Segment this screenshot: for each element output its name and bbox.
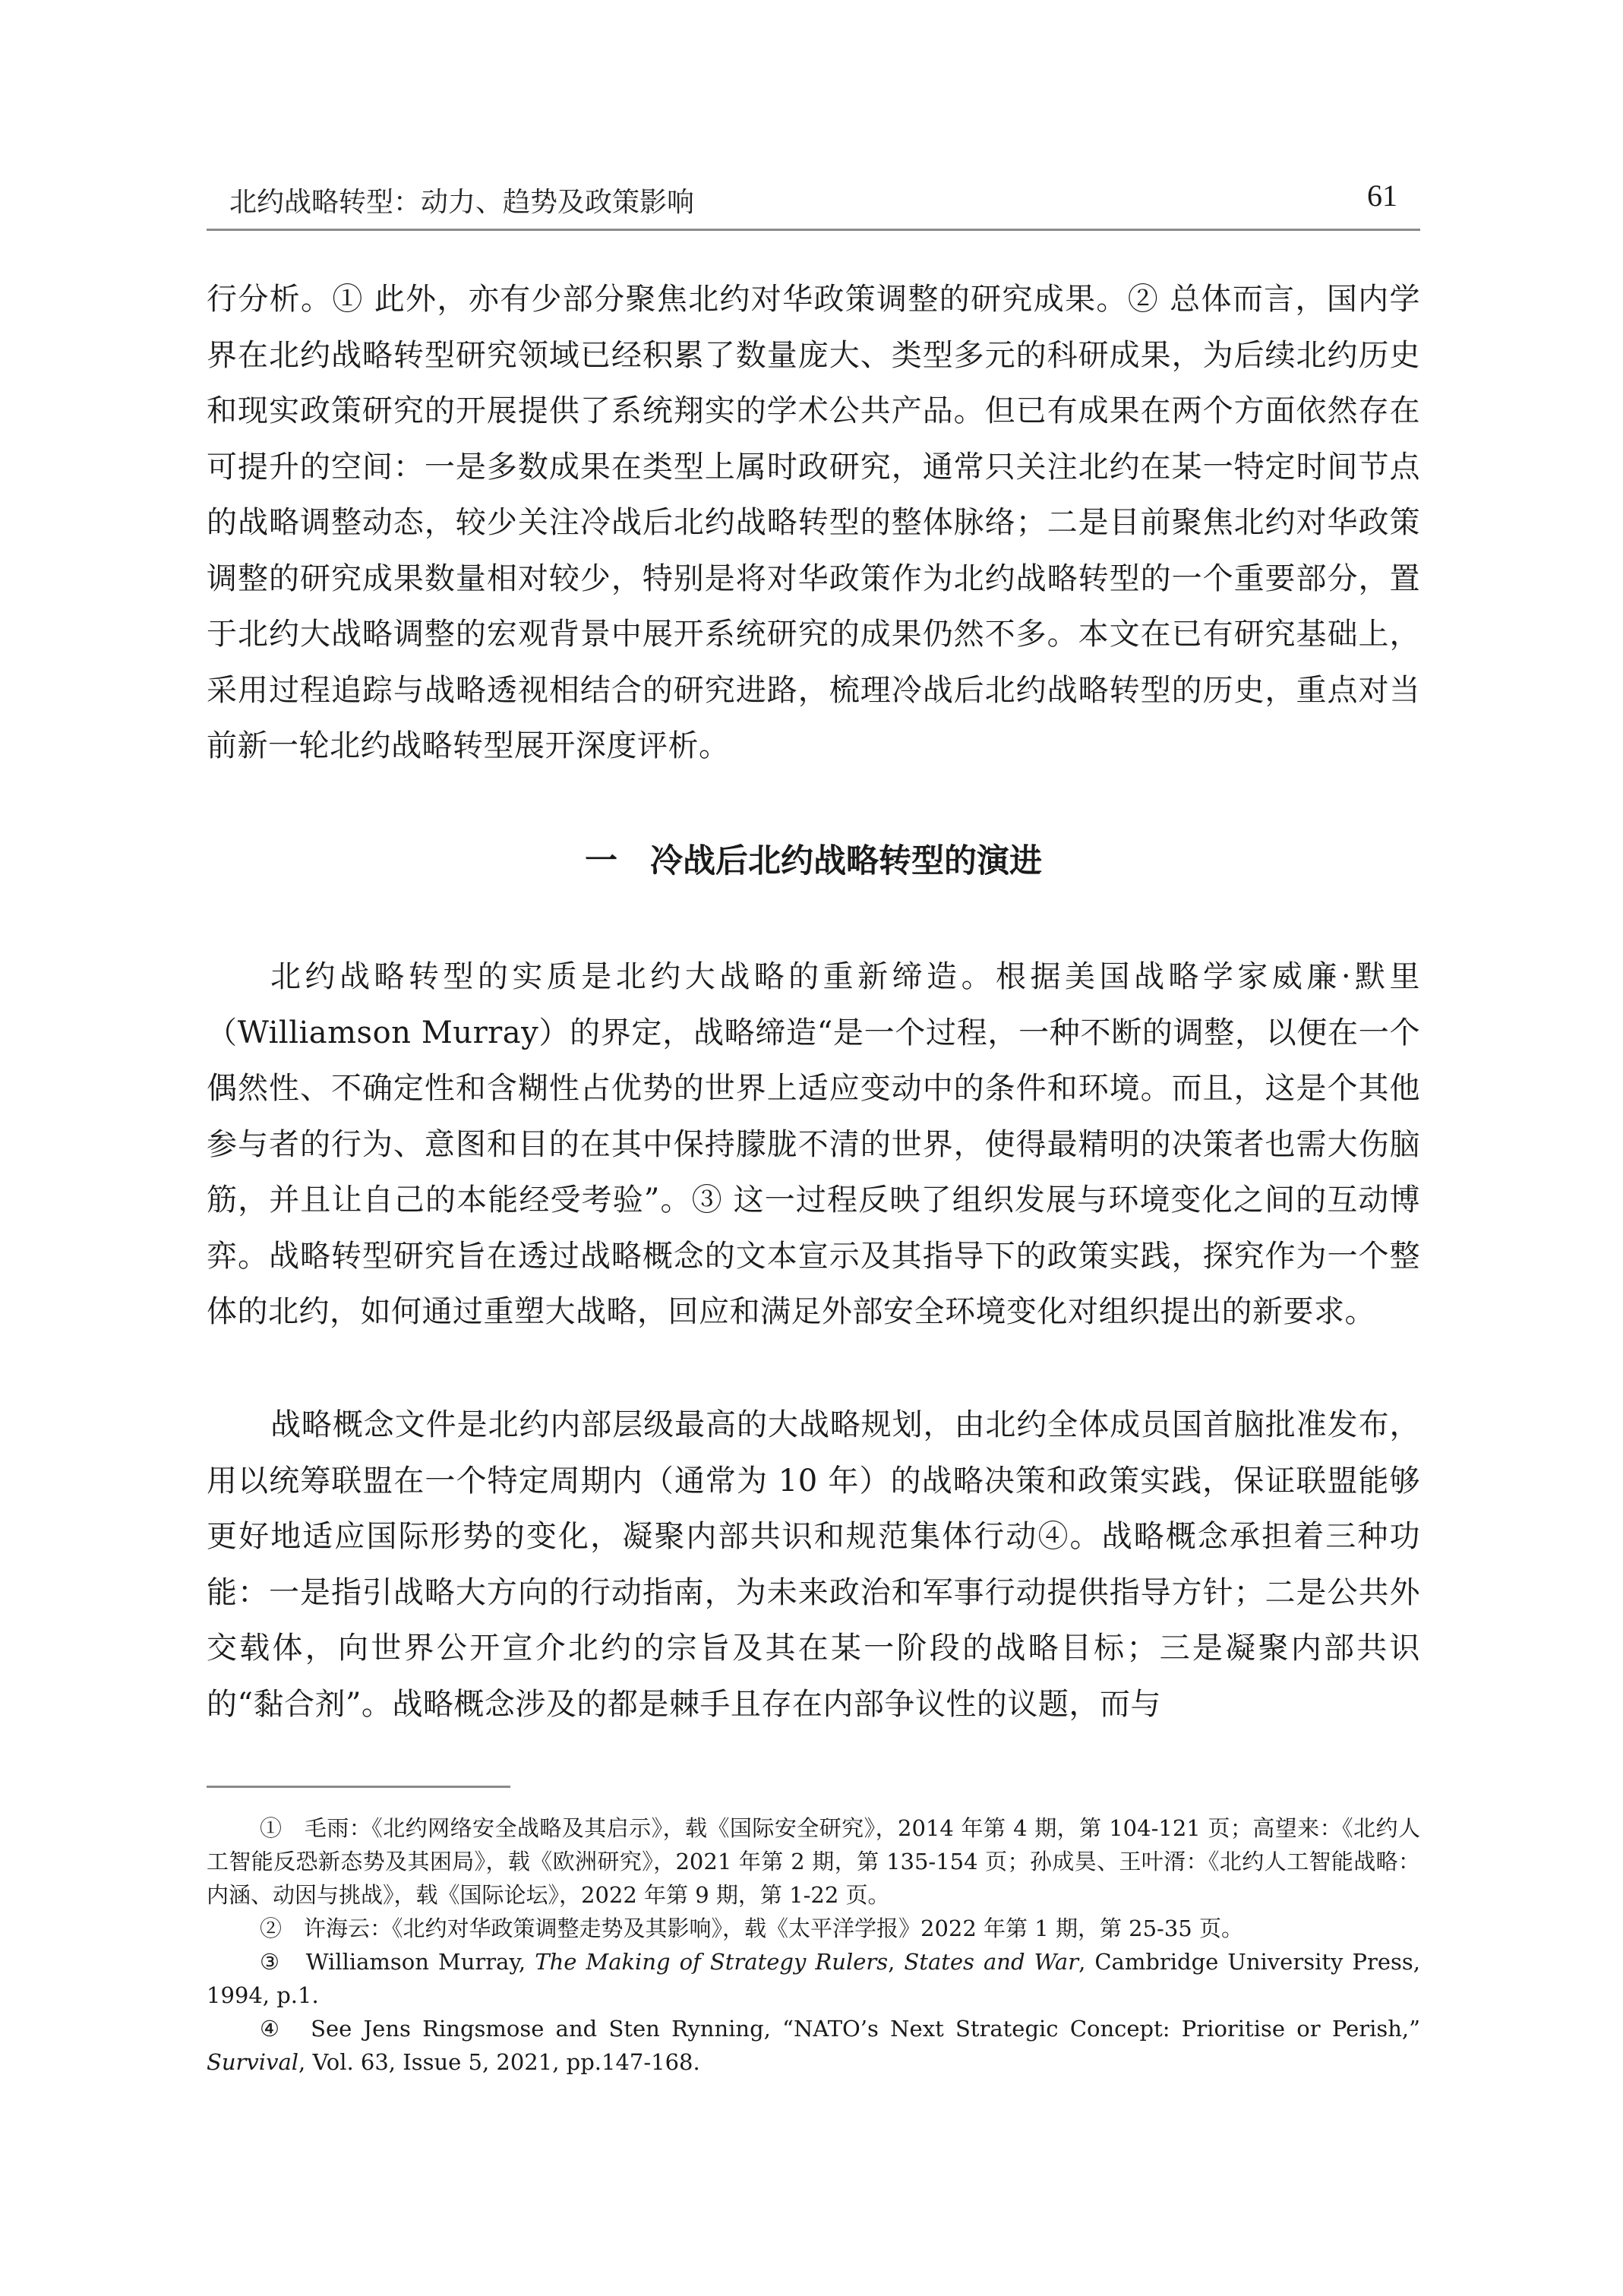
running-header: 北约战略转型：动力、趋势及政策影响 61 — [207, 181, 1420, 219]
header-rule — [207, 229, 1420, 231]
body-paragraph-2: 战略概念文件是北约内部层级最高的大战略规划，由北约全体成员国首脑批准发布，用以统… — [207, 1397, 1420, 1732]
footnote-2: ② 许海云：《北约对华政策调整走势及其影响》，载《太平洋学报》2022 年第 1… — [207, 1912, 1420, 1945]
intro-paragraph: 行分析。① 此外，亦有少部分聚焦北约对华政策调整的研究成果。② 总体而言，国内学… — [207, 272, 1420, 775]
page-number: 61 — [1367, 178, 1397, 213]
footnote-4: ④ See Jens Ringsmose and Sten Rynning, “… — [207, 2012, 1420, 2079]
section-heading: 一 冷战后北约战略转型的演进 — [207, 835, 1420, 882]
body-paragraph-1: 北约战略转型的实质是北约大战略的重新缔造。根据美国战略学家威廉·默里（Willi… — [207, 949, 1420, 1341]
footnotes: ① 毛雨：《北约网络安全战略及其启示》，载《国际安全研究》，2014 年第 4 … — [207, 1811, 1420, 2079]
footnote-rule — [207, 1786, 510, 1788]
footnote-1: ① 毛雨：《北约网络安全战略及其启示》，载《国际安全研究》，2014 年第 4 … — [207, 1811, 1420, 1912]
running-title: 北约战略转型：动力、趋势及政策影响 — [229, 181, 694, 219]
footnote-3: ③ Williamson Murray, The Making of Strat… — [207, 1945, 1420, 2012]
